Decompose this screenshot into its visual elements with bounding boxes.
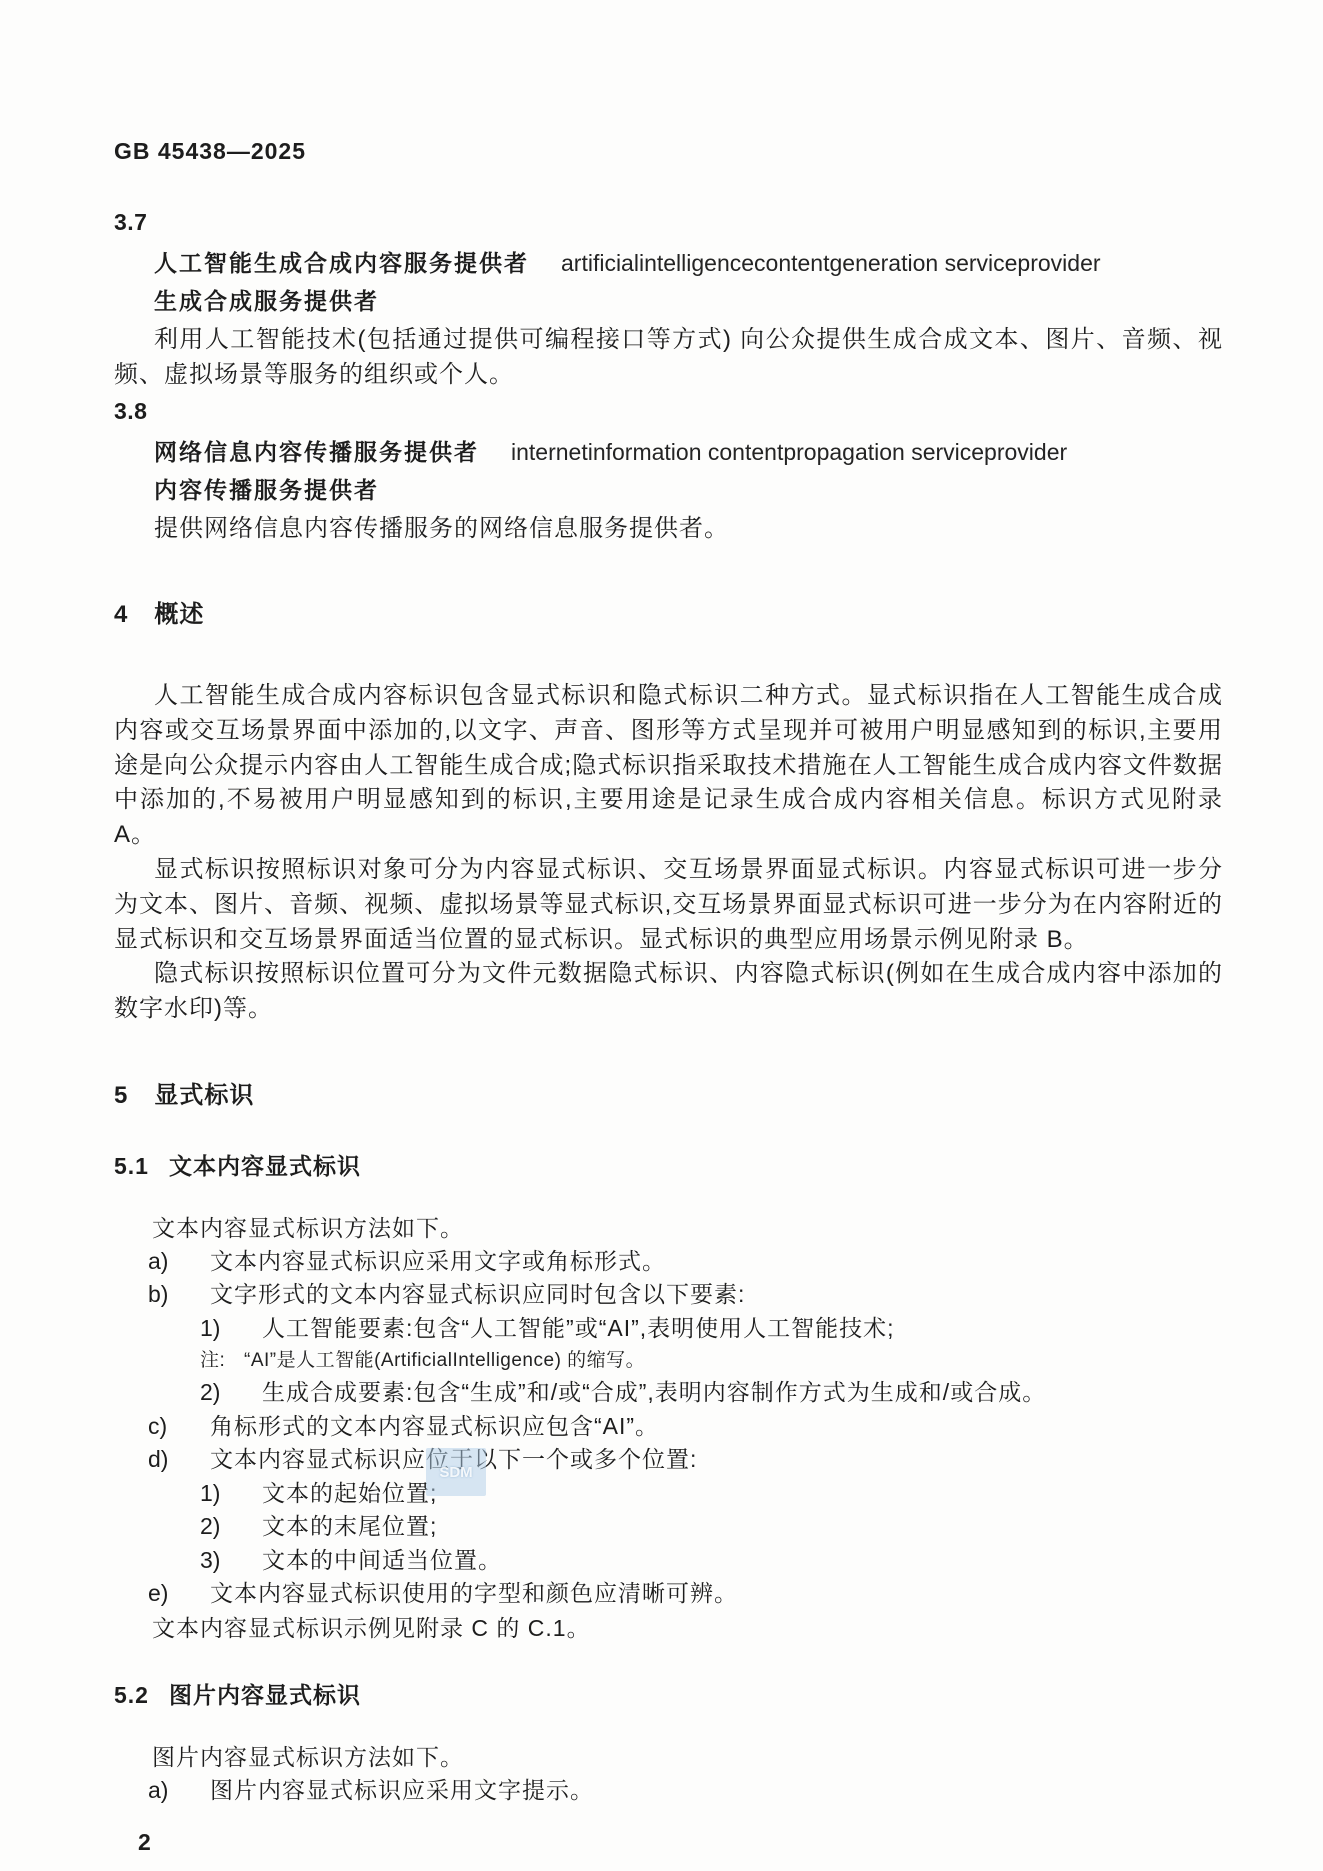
overview-paragraphs: 人工智能生成合成内容标识包含显式标识和隐式标识二种方式。显式标识指在人工智能生成… xyxy=(114,679,1223,1027)
list-item-d-2: 2)文本的末尾位置; xyxy=(200,1510,1223,1544)
list-item-b-1: 1)人工智能要素:包含“人工智能”或“AI”,表明使用人工智能技术; xyxy=(200,1312,1223,1346)
clause-3-8-alias: 内容传播服务提供者 xyxy=(114,471,1223,509)
list-item-a: a)文本内容显式标识应采用文字或角标形式。 xyxy=(148,1245,1223,1279)
overview-paragraph: 隐式标识按照标识位置可分为文件元数据隐式标识、内容隐式标识(例如在生成合成内容中… xyxy=(114,957,1223,1027)
list-item-d-1: 1)文本的起始位置; xyxy=(200,1477,1223,1511)
list-item-e: e)文本内容显式标识使用的字型和颜色应清晰可辨。 xyxy=(148,1577,1223,1611)
clause-3-7-number: 3.7 xyxy=(114,209,1223,236)
list-text: 文字形式的文本内容显式标识应同时包含以下要素: xyxy=(210,1281,745,1307)
section-number: 5.2 xyxy=(114,1682,149,1709)
list-text: 文本的起始位置; xyxy=(262,1480,437,1506)
section-5-heading: 5显式标识 xyxy=(114,1075,1223,1110)
list-text: 生成合成要素:包含“生成”和/或“合成”,表明内容制作方式为生成和/或合成。 xyxy=(262,1379,1046,1405)
list-label: e) xyxy=(148,1577,210,1611)
section-title: 图片内容显式标识 xyxy=(169,1682,361,1708)
section-number: 4 xyxy=(114,601,128,629)
list-text: 文本的中间适当位置。 xyxy=(262,1547,502,1573)
overview-paragraph: 人工智能生成合成内容标识包含显式标识和隐式标识二种方式。显式标识指在人工智能生成… xyxy=(114,679,1223,853)
list-text: 人工智能要素:包含“人工智能”或“AI”,表明使用人工智能技术; xyxy=(262,1315,895,1341)
term-chinese: 人工智能生成合成内容服务提供者 xyxy=(154,250,529,276)
list-label: 1) xyxy=(200,1477,262,1511)
section-4-heading: 4概述 xyxy=(114,594,1223,629)
clause-3-7-term: 人工智能生成合成内容服务提供者artificialintelligencecon… xyxy=(114,244,1223,282)
note-label: 注: xyxy=(200,1345,244,1376)
term-english: internetinformation contentpropagation s… xyxy=(511,439,1067,465)
list-label: 1) xyxy=(200,1312,262,1346)
section-5-1-heading: 5.1文本内容显式标识 xyxy=(114,1148,1223,1181)
watermark-stamp: SDM xyxy=(426,1448,486,1496)
clause-3-8-definition: 提供网络信息内容传播服务的网络信息服务提供者。 xyxy=(114,511,1223,546)
section-5-2-intro: 图片内容显式标识方法如下。 xyxy=(114,1740,1223,1774)
list-text: 文本内容显式标识使用的字型和颜色应清晰可辨。 xyxy=(210,1580,738,1606)
section-5-1-intro: 文本内容显式标识方法如下。 xyxy=(114,1211,1223,1245)
note-text: “AI”是人工智能(ArtificialIntelligence) 的缩写。 xyxy=(244,1350,645,1371)
clause-3-7-alias: 生成合成服务提供者 xyxy=(114,282,1223,320)
page-number: 2 xyxy=(138,1829,1223,1856)
list-item-d: d)文本内容显式标识应位于以下一个或多个位置: xyxy=(148,1443,1223,1477)
section-5-2-heading: 5.2图片内容显式标识 xyxy=(114,1677,1223,1710)
list-label: d) xyxy=(148,1443,210,1477)
term-chinese: 网络信息内容传播服务提供者 xyxy=(154,439,479,465)
section-5-1-outro: 文本内容显式标识示例见附录 C 的 C.1。 xyxy=(152,1611,1223,1645)
list-label: 2) xyxy=(200,1510,262,1544)
clause-3-7-definition: 利用人工智能技术(包括通过提供可编程接口等方式) 向公众提供生成合成文本、图片、… xyxy=(114,322,1223,392)
clause-3-8-number: 3.8 xyxy=(114,398,1223,425)
note-line: 注:“AI”是人工智能(ArtificialIntelligence) 的缩写。 xyxy=(200,1345,1223,1376)
term-english: artificialintelligencecontentgeneration … xyxy=(561,250,1101,276)
list-text: 文本内容显式标识应采用文字或角标形式。 xyxy=(210,1248,666,1274)
list-item-b-2: 2)生成合成要素:包含“生成”和/或“合成”,表明内容制作方式为生成和/或合成。 xyxy=(200,1376,1223,1410)
list-text: 图片内容显式标识应采用文字提示。 xyxy=(210,1777,594,1803)
document-page: GB 45438—2025 3.7 人工智能生成合成内容服务提供者artific… xyxy=(0,0,1323,1871)
list-item-d-3: 3)文本的中间适当位置。 xyxy=(200,1544,1223,1578)
section-title: 概述 xyxy=(154,601,204,628)
list-text: 文本的末尾位置; xyxy=(262,1513,437,1539)
list-label: b) xyxy=(148,1278,210,1312)
list-label: 2) xyxy=(200,1376,262,1410)
list-item-c: c)角标形式的文本内容显式标识应包含“AI”。 xyxy=(148,1410,1223,1444)
section-title: 文本内容显式标识 xyxy=(169,1153,361,1179)
section-title: 显式标识 xyxy=(154,1082,254,1109)
list-label: 3) xyxy=(200,1544,262,1578)
overview-paragraph: 显式标识按照标识对象可分为内容显式标识、交互场景界面显式标识。内容显式标识可进一… xyxy=(114,853,1223,957)
list-item-a: a)图片内容显式标识应采用文字提示。 xyxy=(148,1774,1223,1808)
section-number: 5 xyxy=(114,1082,128,1110)
list-text: 角标形式的文本内容显式标识应包含“AI”。 xyxy=(210,1413,659,1439)
list-label: a) xyxy=(148,1774,210,1808)
clause-3-8-term: 网络信息内容传播服务提供者internetinformation content… xyxy=(114,433,1223,471)
list-label: a) xyxy=(148,1245,210,1279)
list-label: c) xyxy=(148,1410,210,1444)
section-number: 5.1 xyxy=(114,1153,149,1180)
standard-code: GB 45438—2025 xyxy=(114,138,1223,165)
list-item-b: b)文字形式的文本内容显式标识应同时包含以下要素: xyxy=(148,1278,1223,1312)
